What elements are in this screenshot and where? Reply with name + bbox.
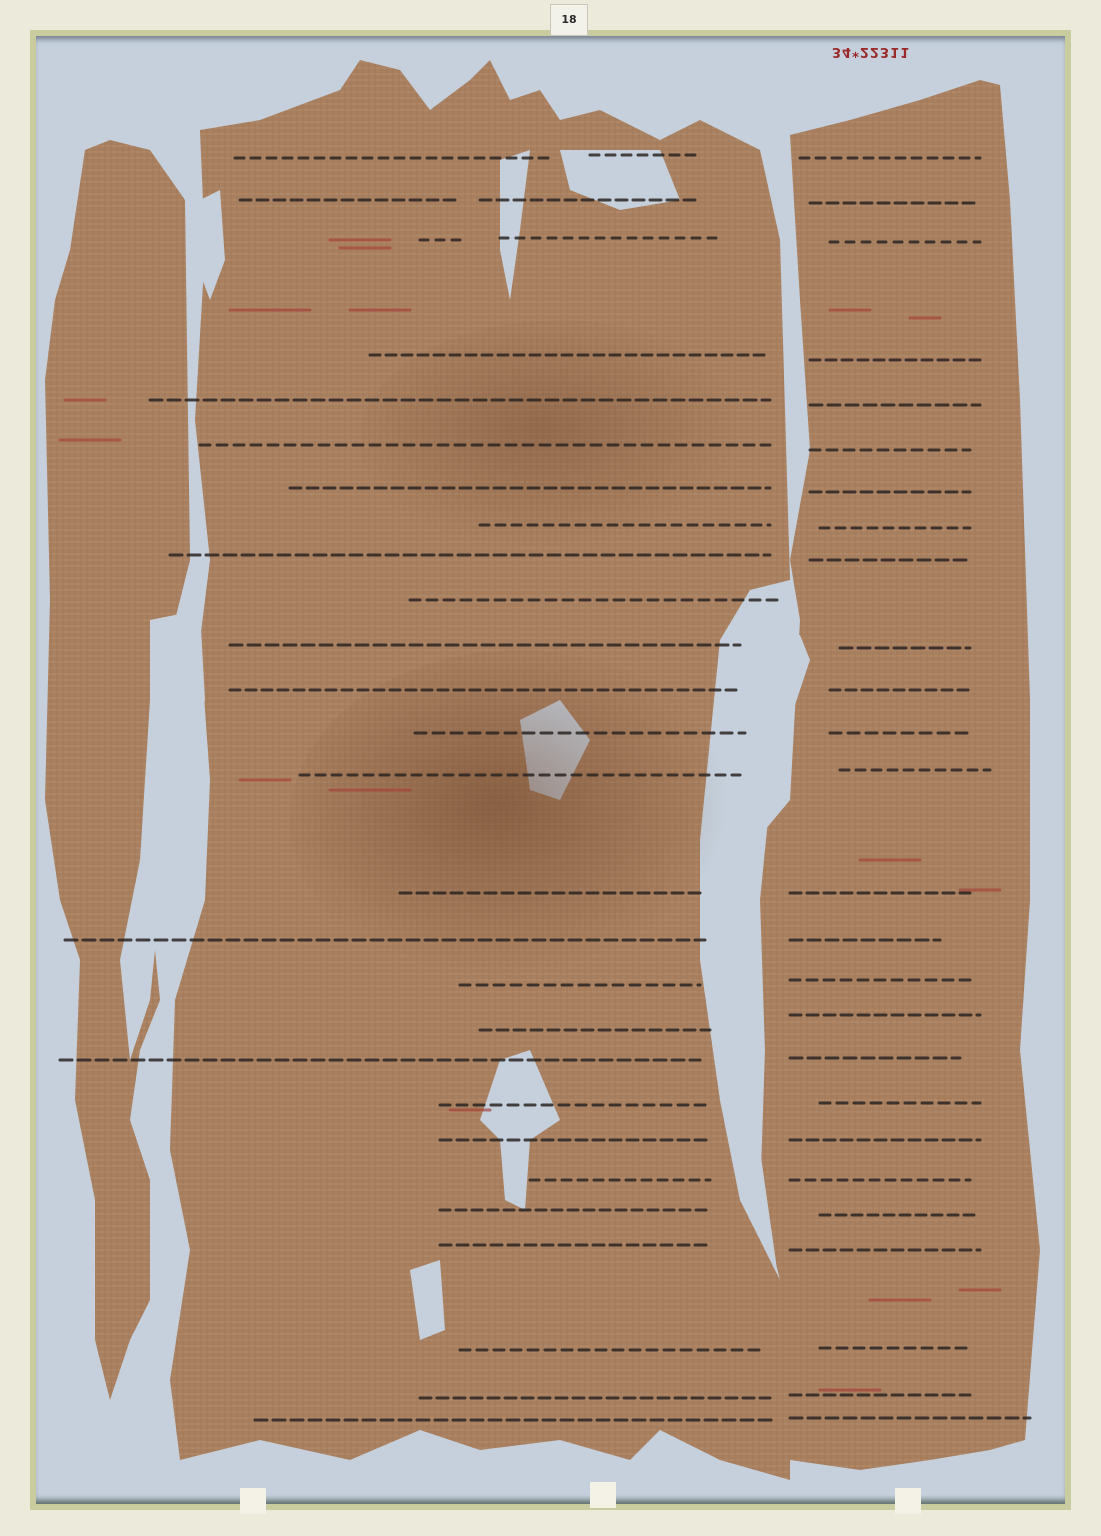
mount-tab (240, 1488, 266, 1514)
frame-number-label: 18 (550, 4, 588, 36)
papyrus-fragments (0, 0, 1101, 1536)
mount-tab (895, 1488, 921, 1514)
accession-stamp: 34*22311 (832, 44, 910, 59)
fragment-right (740, 80, 1040, 1470)
mount-tab (590, 1482, 616, 1508)
